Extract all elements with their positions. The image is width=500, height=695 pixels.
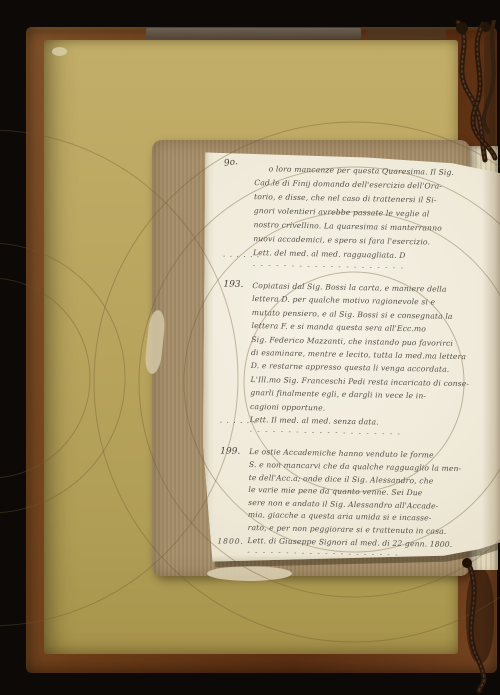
handwriting-lines: o loro mancanze per questa Quaresima. Il… [253, 162, 488, 264]
cover-wear-patch [146, 28, 361, 39]
backing-card-tear [207, 566, 292, 581]
margin-dots: . . . . . . [220, 416, 257, 426]
cover-wear-patch [466, 568, 494, 663]
paragraph-number: 199. [220, 447, 240, 457]
handwriting-lines: Copiatasi dal Sig. Bossi la carta, e man… [250, 279, 486, 431]
handwriting-block: 193. Copiatasi dal Sig. Bossi la carta, … [220, 278, 486, 430]
cover-wear-patch [366, 27, 446, 39]
manuscript-page: 9o. o loro mancanze per questa Quaresima… [203, 150, 500, 564]
margin-year: 1800. [217, 537, 244, 547]
handwriting-lines: Le ostie Accademiche hanno venduto le fo… [247, 447, 482, 552]
margin-dots: . . . . . . [223, 249, 260, 259]
handwriting-block: o loro mancanze per questa Quaresima. Il… [223, 162, 488, 265]
handwriting-block: 199. Le ostie Accademiche hanno venduto … [217, 446, 482, 552]
paragraph-number: 193. [223, 280, 243, 290]
handwriting-area: o loro mancanze per questa Quaresima. Il… [217, 158, 488, 559]
photo-frame: 194 9o. o loro mancanze per questa Quare… [0, 0, 500, 695]
endpaper-tear [52, 47, 67, 56]
